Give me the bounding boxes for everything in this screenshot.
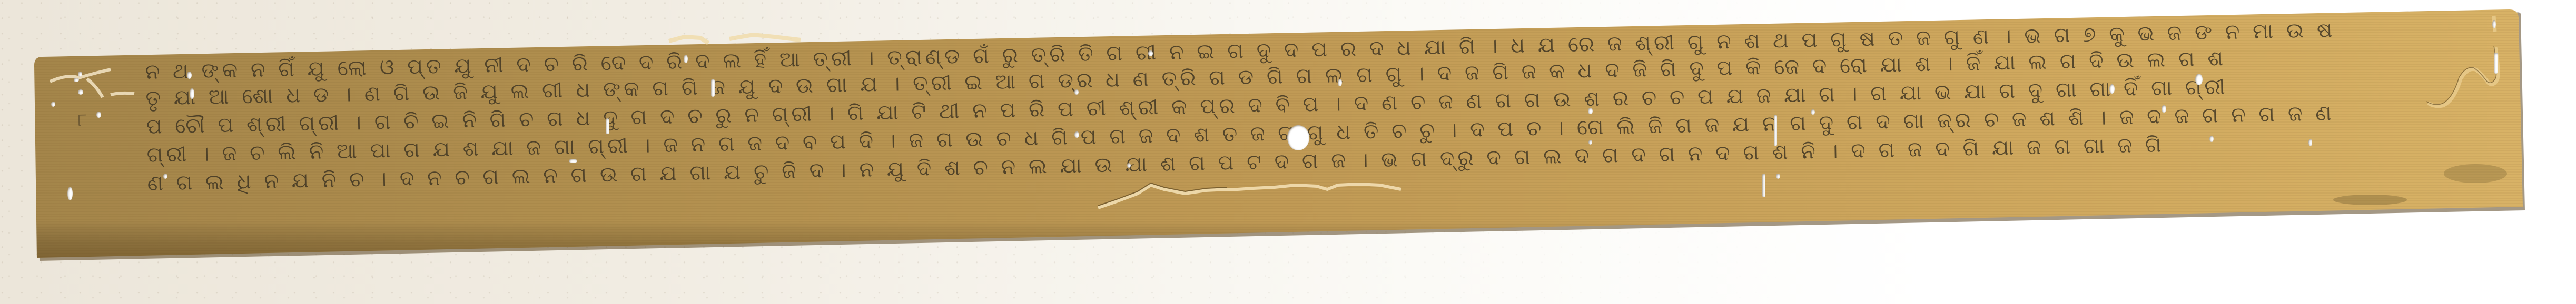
worm-hole <box>1762 174 1765 197</box>
worm-hole <box>51 102 55 107</box>
worm-hole <box>1074 131 1079 138</box>
worm-hole <box>78 72 82 77</box>
worm-hole <box>1774 115 1777 146</box>
worm-hole <box>163 174 167 179</box>
worm-hole <box>2209 136 2214 142</box>
palm-leaf-manuscript: ନ ଥ ଙ୍କ ନ ଗିଁ ଯୁ ଲୋ ଓ ପ୍ତ ଯୁ ନୀ ଦ ଚ ରି ଦ… <box>0 0 2576 304</box>
worm-hole <box>606 118 609 134</box>
worm-hole <box>2308 139 2312 146</box>
worm-hole <box>1811 109 1815 115</box>
worm-hole <box>684 55 688 63</box>
worm-hole <box>569 159 577 163</box>
worm-hole <box>2494 53 2498 74</box>
worm-hole <box>74 78 79 82</box>
inscribed-text-block: ନ ଥ ଙ୍କ ନ ଗିଁ ଯୁ ଲୋ ଓ ପ୍ତ ଯୁ ନୀ ଦ ଚ ରି ଦ… <box>0 0 2576 304</box>
worm-hole <box>1338 79 1342 86</box>
worm-hole <box>78 89 83 95</box>
margin-mark-left: ୮ <box>77 109 87 130</box>
worm-hole <box>67 187 73 200</box>
worm-hole <box>2162 105 2166 113</box>
worm-hole <box>2492 20 2496 28</box>
worm-hole <box>1074 89 1079 95</box>
worm-hole <box>711 79 715 97</box>
worm-hole <box>1127 163 1131 168</box>
worm-hole <box>1776 174 1780 179</box>
worm-hole <box>2195 74 2203 85</box>
binding-hole <box>1287 125 1309 150</box>
worm-hole <box>2109 84 2115 94</box>
worm-hole <box>1148 50 1153 56</box>
worm-hole <box>190 88 194 99</box>
worm-hole <box>1588 140 1592 145</box>
worm-hole <box>187 72 192 79</box>
worm-hole <box>96 112 101 118</box>
worm-hole <box>1588 108 1593 114</box>
